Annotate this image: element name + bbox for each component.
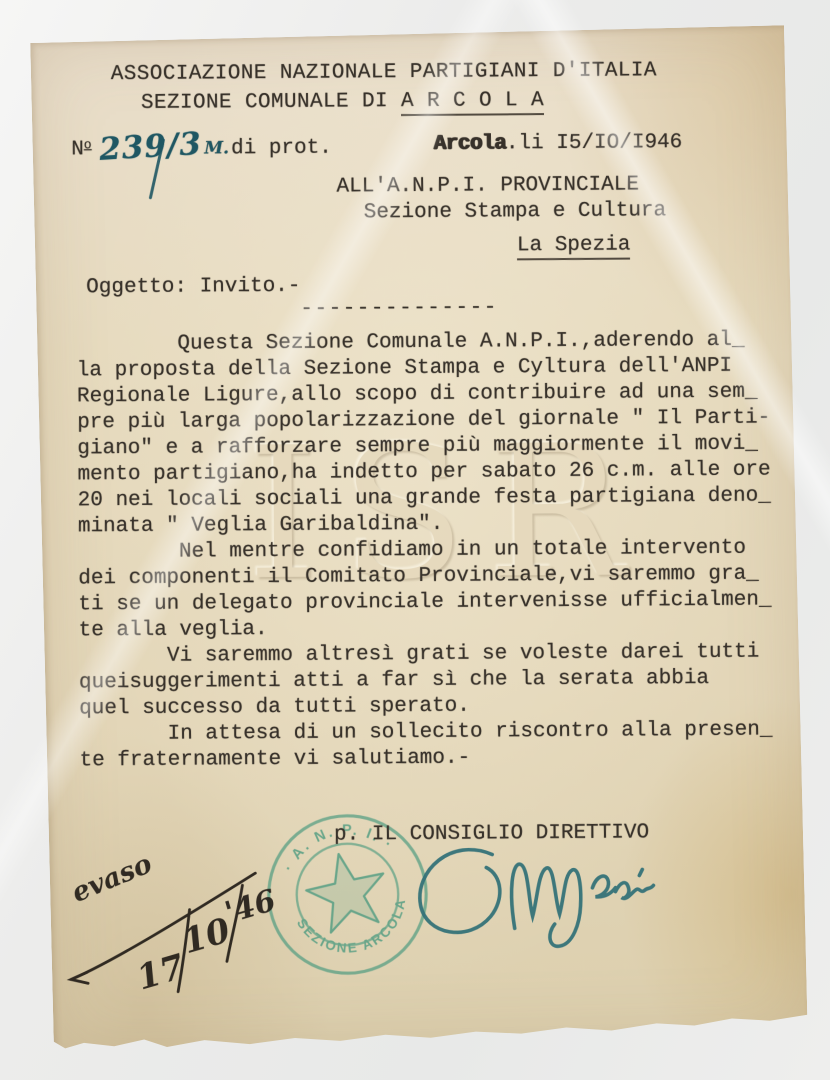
recipient-city-text: La Spezia (517, 234, 631, 261)
scan-background: ISR ASSOCIAZIONE NAZIONALE PARTIGIANI D'… (0, 0, 830, 1080)
body-line: te fraternamente vi salutiamo.- (79, 744, 772, 775)
org-section-prefix: SEZIONE COMUNALE DI (141, 90, 401, 115)
org-section-line: SEZIONE COMUNALE DI A R C O L A (141, 88, 544, 117)
processed-annotation: evaso 17 10 '46 (56, 851, 287, 1018)
recipient-line1: ALL'A.N.P.I. PROVINCIALE (336, 172, 639, 200)
body-line: ti se un delegato provinciale intervenis… (78, 588, 771, 619)
recipient-city: La Spezia (517, 233, 631, 260)
org-section-place: A R C O L A (401, 89, 544, 116)
protocol-number-suffix: M. (204, 138, 229, 158)
handwritten-signature (396, 827, 667, 959)
annotation-word: evaso (67, 851, 156, 909)
body-line: In attesa di un sollecito riscontro alla… (79, 718, 772, 749)
annotation-day: 17 (132, 947, 189, 999)
letter-body: Questa Sezione Comunale A.N.P.I.,aderend… (77, 328, 773, 775)
protocol-no: N (71, 138, 84, 161)
body-line: 20 nei locali sociali una grande festa p… (78, 484, 771, 515)
protocol-number-handwritten: 239/3 (99, 131, 203, 163)
dateline-place: Arcola (433, 132, 506, 156)
annotation-arrow-stroke (71, 972, 88, 983)
dateline-date: .li I5/IO/I946 (506, 131, 683, 155)
document-page: ISR ASSOCIAZIONE NAZIONALE PARTIGIANI D'… (30, 25, 808, 1053)
org-name-line: ASSOCIAZIONE NAZIONALE PARTIGIANI D'ITAL… (111, 58, 657, 88)
recipient-line2: Sezione Stampa e Cultura (364, 198, 667, 226)
protocol-ordinal: o (84, 137, 92, 152)
dateline: Arcola.li I5/IO/I946 (433, 130, 682, 158)
protocol-line: No239/3M.di prot. (71, 131, 332, 164)
star-icon (300, 846, 393, 936)
page-content: ISR ASSOCIAZIONE NAZIONALE PARTIGIANI D'… (38, 31, 799, 1047)
body-line: queisuggerimenti atti a far sì che la se… (79, 666, 772, 697)
subject-line: Oggetto: Invito.- (86, 274, 300, 301)
subject-dashes: -------------- (300, 295, 498, 322)
protocol-label: di prot. (231, 137, 332, 161)
